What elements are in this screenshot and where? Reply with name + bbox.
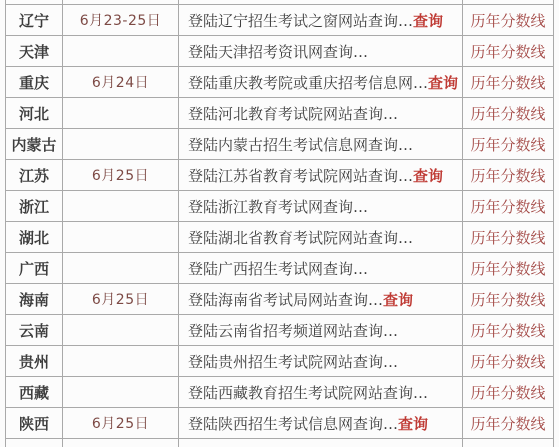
query-link[interactable]: 查询 [398, 415, 428, 433]
province-cell: 江苏 [6, 160, 63, 191]
date-cell [63, 98, 179, 129]
province-cell: 辽宁 [6, 5, 63, 36]
date-cell [63, 346, 179, 377]
score-line-link[interactable]: 历年分数线 [470, 43, 545, 61]
query-method-text: 登陆湖北省教育考试院网站查询… [188, 229, 413, 247]
query-method-cell: 登陆海南省考试局网站查询…查询 [179, 284, 463, 315]
gaokao-score-query-screenshot: 辽宁 6月23-25日 登陆辽宁招生考试之窗网站查询…查询 历年分数线 天津 登… [0, 0, 559, 447]
score-line-cell: 历年分数线 [463, 222, 554, 253]
query-method-cell: 登陆辽宁招生考试之窗网站查询…查询 [179, 5, 463, 36]
score-line-link[interactable]: 历年分数线 [470, 291, 545, 309]
date-cell: 6月24日 [63, 67, 179, 98]
score-line-link[interactable]: 历年分数线 [470, 12, 545, 30]
score-line-cell: 历年分数线 [463, 67, 554, 98]
province-cell: 河北 [6, 98, 63, 129]
query-method-cell [179, 439, 463, 447]
province-cell: 西藏 [6, 377, 63, 408]
table-row: 广西 登陆广西招生考试网查询… 历年分数线 [6, 253, 554, 284]
query-method-cell: 登陆贵州招生考试院网站查询… [179, 346, 463, 377]
score-line-cell [463, 439, 554, 447]
table-row: 天津 登陆天津招考资讯网查询… 历年分数线 [6, 36, 554, 67]
date-cell: 6月23-25日 [63, 5, 179, 36]
date-cell [63, 191, 179, 222]
query-method-cell: 登陆河北教育考试院网站查询… [179, 98, 463, 129]
score-line-cell: 历年分数线 [463, 408, 554, 439]
query-method-cell: 登陆重庆教考院或重庆招考信息网…查询 [179, 67, 463, 98]
province-cell: 重庆 [6, 67, 63, 98]
query-link[interactable]: 查询 [413, 167, 443, 185]
score-line-cell: 历年分数线 [463, 36, 554, 67]
query-method-cell: 登陆内蒙古招生考试信息网查询… [179, 129, 463, 160]
province-cell: 内蒙古 [6, 129, 63, 160]
query-method-text: 登陆河北教育考试院网站查询… [188, 105, 398, 123]
table-row: 贵州 登陆贵州招生考试院网站查询… 历年分数线 [6, 346, 554, 377]
score-line-link[interactable]: 历年分数线 [470, 415, 545, 433]
score-line-link[interactable]: 历年分数线 [470, 105, 545, 123]
table-row: 云南 登陆云南省招考频道网站查询… 历年分数线 [6, 315, 554, 346]
query-method-text: 登陆陕西招生考试信息网查询… [188, 415, 398, 433]
query-method-cell: 登陆天津招考资讯网查询… [179, 36, 463, 67]
score-line-cell: 历年分数线 [463, 160, 554, 191]
query-method-text: 登陆重庆教考院或重庆招考信息网… [188, 74, 428, 92]
score-line-link[interactable]: 历年分数线 [470, 229, 545, 247]
query-method-text: 登陆内蒙古招生考试信息网查询… [188, 136, 413, 154]
table-row: 海南 6月25日 登陆海南省考试局网站查询…查询 历年分数线 [6, 284, 554, 315]
query-link[interactable]: 查询 [413, 12, 443, 30]
partial-row-bottom [6, 439, 554, 447]
score-line-cell: 历年分数线 [463, 284, 554, 315]
province-cell: 贵州 [6, 346, 63, 377]
query-method-cell: 登陆湖北省教育考试院网站查询… [179, 222, 463, 253]
date-cell [63, 129, 179, 160]
score-line-link[interactable]: 历年分数线 [470, 260, 545, 278]
province-cell: 天津 [6, 36, 63, 67]
date-cell [63, 439, 179, 447]
query-link[interactable]: 查询 [383, 291, 413, 309]
date-cell [63, 222, 179, 253]
query-method-cell: 登陆广西招生考试网查询… [179, 253, 463, 284]
query-method-text: 登陆广西招生考试网查询… [188, 260, 368, 278]
province-cell: 陕西 [6, 408, 63, 439]
score-line-cell: 历年分数线 [463, 98, 554, 129]
province-cell: 海南 [6, 284, 63, 315]
date-cell: 6月25日 [63, 160, 179, 191]
score-line-cell: 历年分数线 [463, 315, 554, 346]
table-row: 辽宁 6月23-25日 登陆辽宁招生考试之窗网站查询…查询 历年分数线 [6, 5, 554, 36]
score-line-cell: 历年分数线 [463, 253, 554, 284]
score-line-link[interactable]: 历年分数线 [470, 167, 545, 185]
query-method-text: 登陆海南省考试局网站查询… [188, 291, 383, 309]
score-line-link[interactable]: 历年分数线 [470, 322, 545, 340]
table-row: 江苏 6月25日 登陆江苏省教育考试院网站查询…查询 历年分数线 [6, 160, 554, 191]
query-method-cell: 登陆陕西招生考试信息网查询…查询 [179, 408, 463, 439]
score-line-link[interactable]: 历年分数线 [470, 353, 545, 371]
score-line-cell: 历年分数线 [463, 129, 554, 160]
score-line-link[interactable]: 历年分数线 [470, 384, 545, 402]
province-cell: 浙江 [6, 191, 63, 222]
query-method-text: 登陆辽宁招生考试之窗网站查询… [188, 12, 413, 30]
score-line-cell: 历年分数线 [463, 377, 554, 408]
query-method-text: 登陆江苏省教育考试院网站查询… [188, 167, 413, 185]
score-line-cell: 历年分数线 [463, 346, 554, 377]
date-cell [63, 253, 179, 284]
query-method-cell: 登陆江苏省教育考试院网站查询…查询 [179, 160, 463, 191]
date-cell: 6月25日 [63, 408, 179, 439]
score-line-link[interactable]: 历年分数线 [470, 74, 545, 92]
query-method-text: 登陆西藏教育招生考试院网站查询… [188, 384, 428, 402]
date-cell: 6月25日 [63, 284, 179, 315]
table-row: 陕西 6月25日 登陆陕西招生考试信息网查询…查询 历年分数线 [6, 408, 554, 439]
province-cell [6, 439, 63, 447]
query-method-text: 登陆浙江教育考试网查询… [188, 198, 368, 216]
query-method-cell: 登陆云南省招考频道网站查询… [179, 315, 463, 346]
table-row: 湖北 登陆湖北省教育考试院网站查询… 历年分数线 [6, 222, 554, 253]
score-line-link[interactable]: 历年分数线 [470, 136, 545, 154]
province-cell: 云南 [6, 315, 63, 346]
table-row: 浙江 登陆浙江教育考试网查询… 历年分数线 [6, 191, 554, 222]
table-row: 西藏 登陆西藏教育招生考试院网站查询… 历年分数线 [6, 377, 554, 408]
date-cell [63, 377, 179, 408]
table-row: 内蒙古 登陆内蒙古招生考试信息网查询… 历年分数线 [6, 129, 554, 160]
query-method-text: 登陆云南省招考频道网站查询… [188, 322, 398, 340]
query-method-cell: 登陆西藏教育招生考试院网站查询… [179, 377, 463, 408]
query-method-cell: 登陆浙江教育考试网查询… [179, 191, 463, 222]
score-line-cell: 历年分数线 [463, 5, 554, 36]
table-row: 河北 登陆河北教育考试院网站查询… 历年分数线 [6, 98, 554, 129]
query-method-text: 登陆贵州招生考试院网站查询… [188, 353, 398, 371]
province-cell: 湖北 [6, 222, 63, 253]
score-line-link[interactable]: 历年分数线 [470, 198, 545, 216]
score-line-cell: 历年分数线 [463, 191, 554, 222]
date-cell [63, 315, 179, 346]
query-link[interactable]: 查询 [428, 74, 458, 92]
gaokao-score-query-table: 辽宁 6月23-25日 登陆辽宁招生考试之窗网站查询…查询 历年分数线 天津 登… [5, 0, 554, 447]
table-row: 重庆 6月24日 登陆重庆教考院或重庆招考信息网…查询 历年分数线 [6, 67, 554, 98]
province-cell: 广西 [6, 253, 63, 284]
query-method-text: 登陆天津招考资讯网查询… [188, 43, 368, 61]
date-cell [63, 36, 179, 67]
